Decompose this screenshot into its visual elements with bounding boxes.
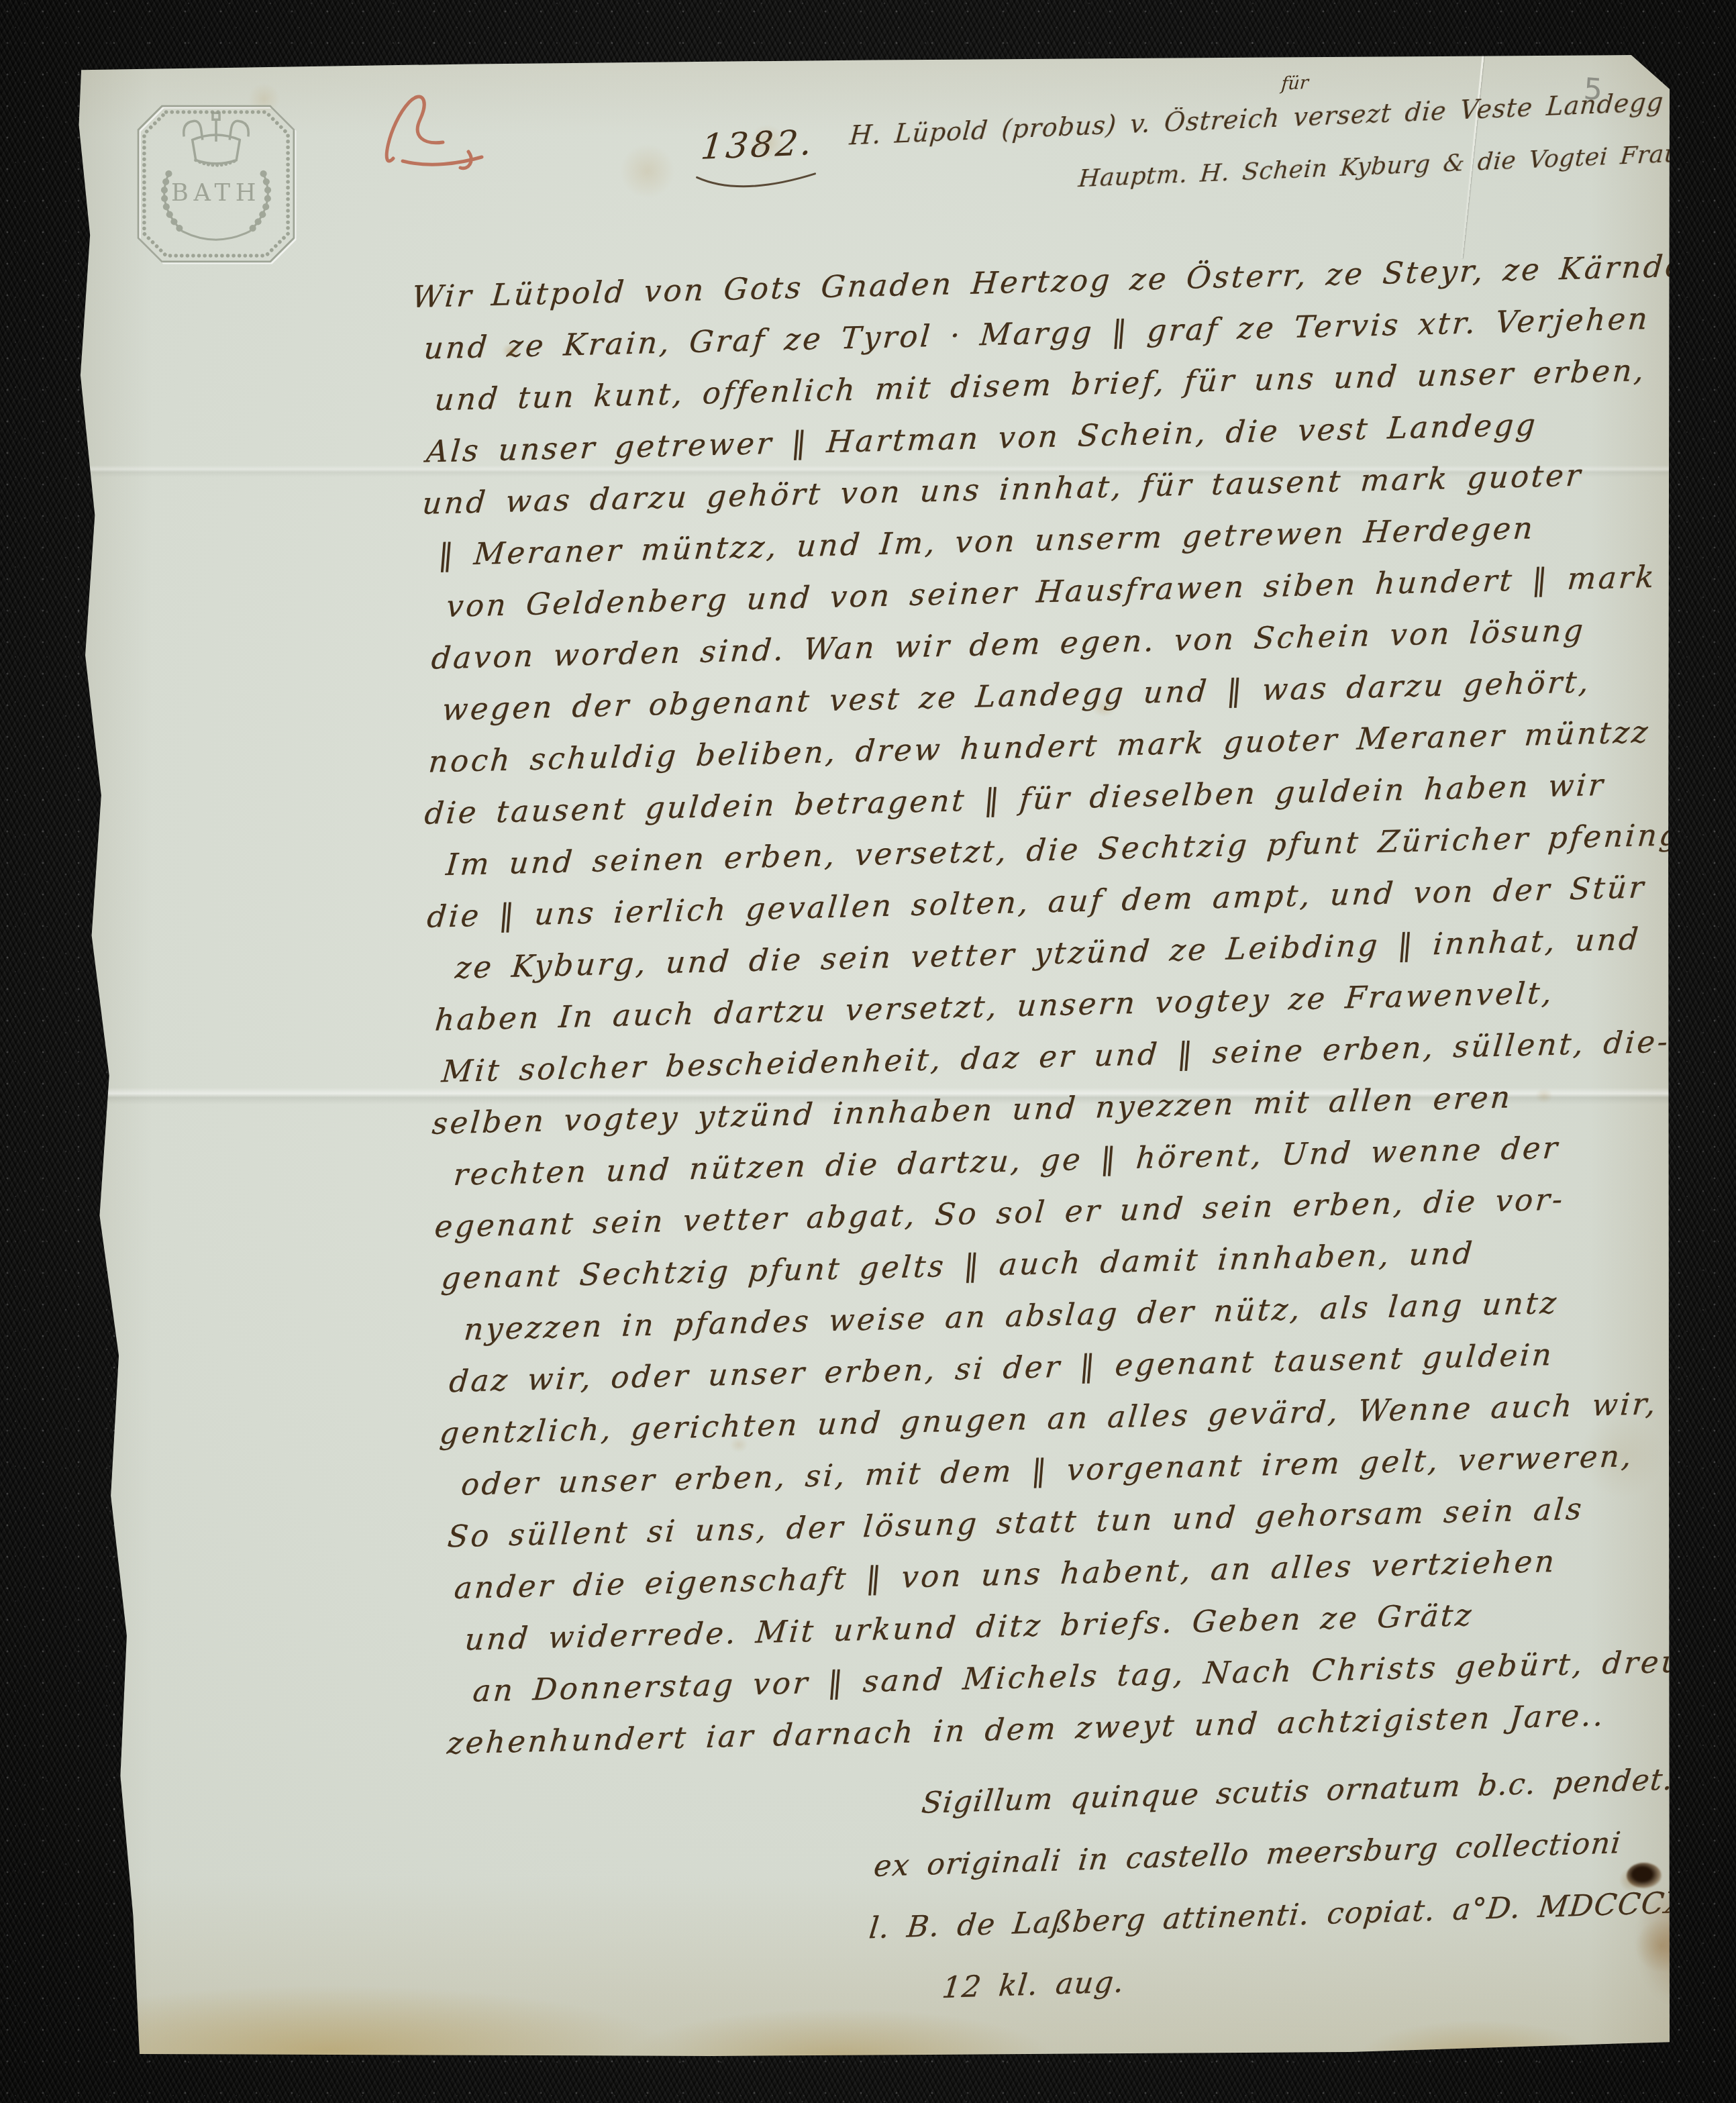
ink-blot (1627, 1863, 1662, 1888)
foxing-spot (730, 1437, 748, 1452)
heading-line: H. Lüpold (probus) v. Östreich versezt d… (848, 84, 1735, 150)
latin-colophon: Sigillum quinque scutis ornatum b.c. pen… (871, 1747, 1736, 2021)
year-underline-flourish (693, 167, 821, 199)
heading-insertion: für (1280, 72, 1309, 95)
stamp-text: BATH (171, 179, 261, 207)
crown-icon (184, 113, 248, 165)
foxing-spot (1535, 1088, 1553, 1103)
manuscript-body: Wir Lütpold von Gots Gnaden Hertzog ze Ö… (411, 240, 1736, 1769)
red-chalk-mark (368, 72, 522, 193)
foxing-spot (502, 344, 519, 358)
heading-line: Hauptm. H. Schein Kyburg & die Vogtei Fr… (1078, 137, 1736, 193)
manuscript-page: BATH 5 1382. H. Lüpold (probus) v. Östre… (72, 55, 1670, 2056)
ink-smudge (1636, 1892, 1710, 2006)
foxing-spot (1092, 699, 1115, 717)
heading-year: 1382. (699, 123, 817, 168)
photo-backdrop: BATH 5 1382. H. Lüpold (probus) v. Östre… (0, 0, 1736, 2103)
bath-embossing-stamp: BATH (132, 99, 301, 268)
